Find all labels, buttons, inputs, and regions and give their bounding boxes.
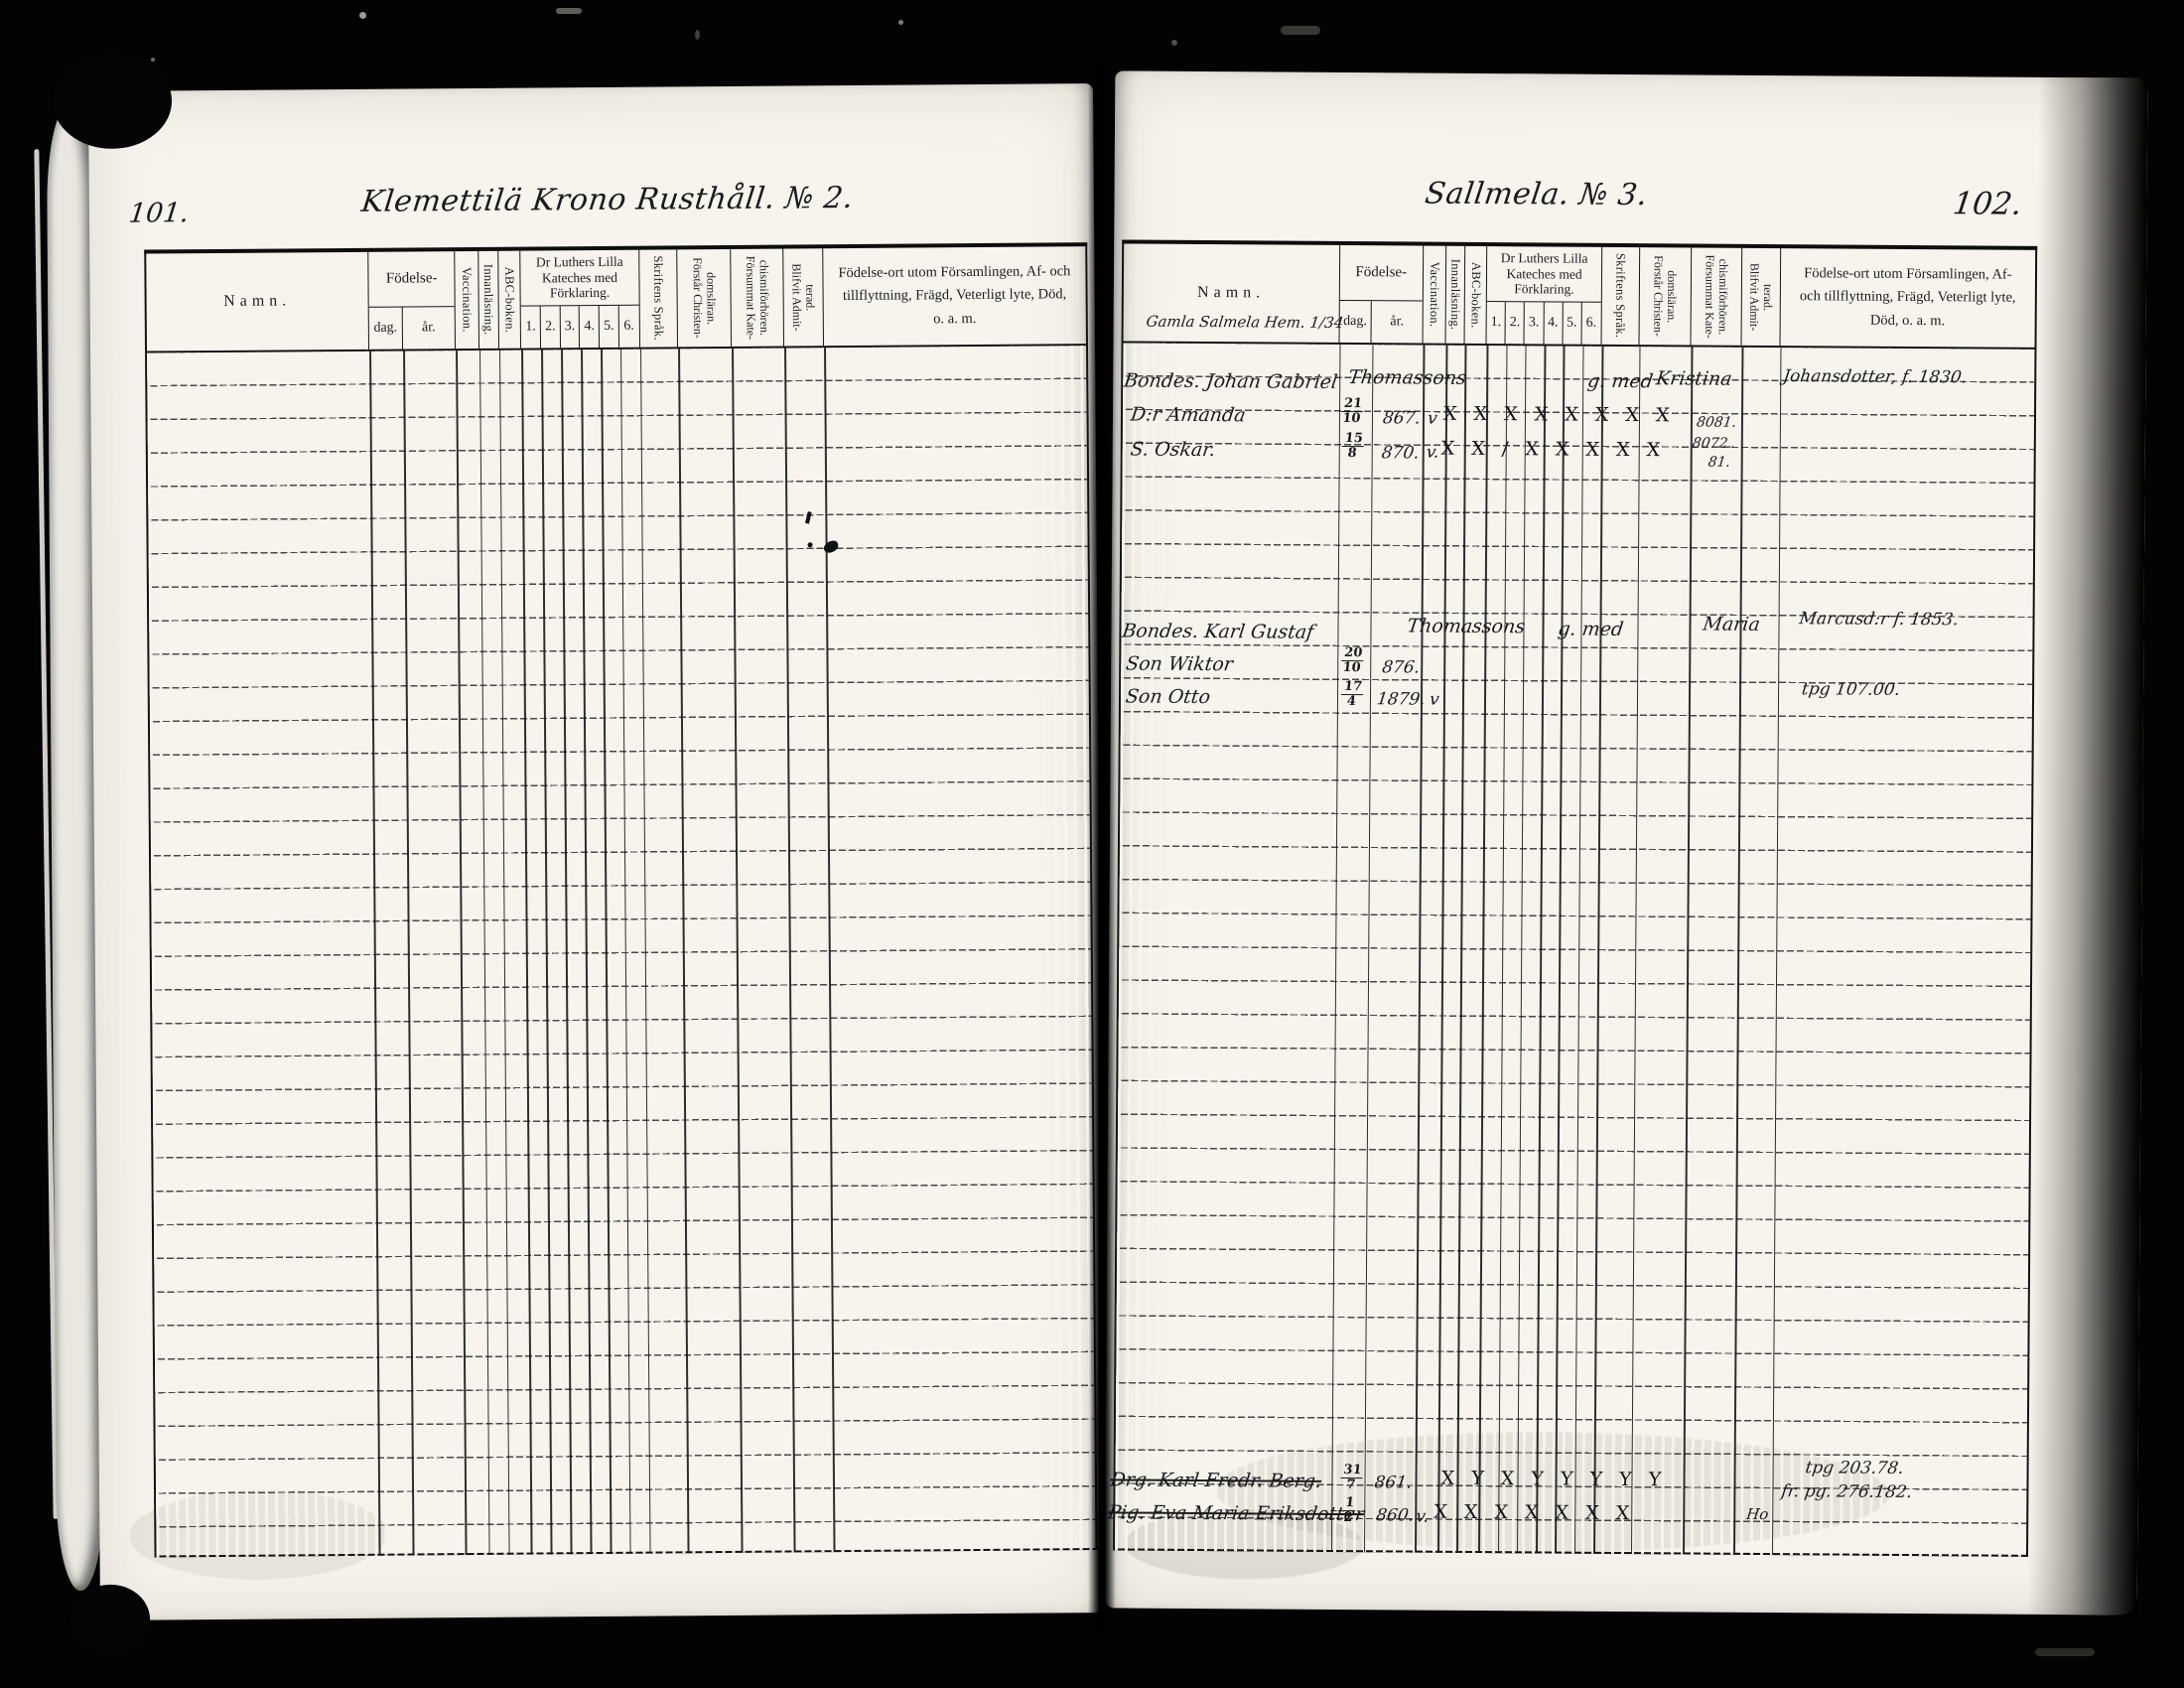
column-header-birth: Födelse- dag. år. xyxy=(368,251,456,350)
column-header-missed-examinations: Försummat Kate-chismiförhören. xyxy=(1691,247,1742,345)
spouse-name: Kristina xyxy=(1655,367,1733,390)
scan-speck xyxy=(1171,40,1177,46)
member-name: D:r Amanda xyxy=(1130,404,1247,427)
family-head-name: Bondes. Karl Gustaf xyxy=(1121,620,1315,642)
column-header-reading: Innanläsning. xyxy=(478,251,499,349)
column-header-scripture-language: Skriftens Språk. xyxy=(639,249,679,347)
column-header-understands-christianity: Förstår Christen-domsläran. xyxy=(1639,247,1692,345)
member-name: Drg. Karl Fredr. Berg. xyxy=(1109,1469,1322,1491)
column-header-vaccination: Vaccination. xyxy=(455,251,478,349)
member-name: Pig. Eva Maria Eriksdotter xyxy=(1107,1501,1366,1525)
scan-speck xyxy=(898,20,903,25)
page-title: Sallmela. № 3. xyxy=(1315,176,1757,213)
column-header-admitted: Blifvit Admit-terad. xyxy=(1742,248,1781,346)
scan-speck xyxy=(359,12,366,19)
column-header-abc-book: ABC-boken. xyxy=(498,251,521,349)
vaccination-mark: v. xyxy=(1425,443,1440,463)
table-header: Namn. Födelse- dag. år. Vaccination. Inn… xyxy=(146,246,1086,352)
page-number: 102. xyxy=(1951,186,2024,221)
scan-speck xyxy=(695,30,700,40)
vaccination-mark: v xyxy=(1427,409,1438,429)
member-name: Son Otto xyxy=(1125,685,1212,708)
spouse-name: Maria xyxy=(1702,614,1761,635)
member-name: Son Wiktor xyxy=(1125,652,1235,675)
page-number: 101. xyxy=(127,198,191,229)
scan-smudge xyxy=(1281,26,1320,35)
missed-column-number: 8081. xyxy=(1696,414,1737,430)
birth-date: 317 xyxy=(1339,1464,1364,1492)
birth-year: 870. xyxy=(1380,443,1420,463)
column-header-vaccination: Vaccination. xyxy=(1424,246,1447,344)
table-header: Namn. Födelse- dag. år. Vaccination. Inn… xyxy=(1124,243,2036,349)
catechism-marks: X Y X Y Y Y Y Y xyxy=(1440,1468,1669,1491)
catechism-marks: X X X X X X X X xyxy=(1442,403,1677,427)
patronymic: Thomassons xyxy=(1406,615,1526,637)
table-body xyxy=(1115,343,2034,1556)
scan-speck xyxy=(556,8,582,14)
birth-year: 860. xyxy=(1375,1505,1415,1525)
birth-date: 2110 xyxy=(1339,397,1364,426)
relation-note: g. med xyxy=(1586,370,1655,392)
right-page: Sallmela. № 3. 102. Namn. Födelse- dag. … xyxy=(1105,70,2148,1615)
column-header-birth-year: år. xyxy=(1372,301,1423,343)
catechism-marks: X X / X X X X X xyxy=(1440,438,1668,462)
column-header-birth-day: dag. xyxy=(369,307,403,349)
birth-date: 2010 xyxy=(1340,646,1365,675)
relation-note: g. med xyxy=(1557,619,1625,640)
ink-blot xyxy=(808,542,813,547)
column-header-scripture-language: Skriftens Språk. xyxy=(1601,247,1639,345)
member-name: S. Oskar. xyxy=(1129,439,1216,462)
column-header-catechism: Dr Luthers Lilla Kateches med Förklaring… xyxy=(1487,246,1602,345)
family-head-name: Bondes. Johan Gabriel xyxy=(1123,369,1339,392)
holding-note: Gamla Salmela Hem. 1/34 xyxy=(1145,313,1344,332)
table-body xyxy=(147,346,1095,1557)
vaccination-mark: v xyxy=(1429,690,1440,710)
birth-year: 867. xyxy=(1382,408,1422,428)
page-corner-shadow xyxy=(70,1585,151,1655)
transfer-note: tpg 107.00. xyxy=(1801,679,1901,700)
left-page: 101. Klemettilä Krono Rusthåll. № 2. Nam… xyxy=(88,83,1105,1620)
column-header-birth: Födelse- dag. år. xyxy=(1339,245,1424,344)
scanned-book-spread: 101. Klemettilä Krono Rusthåll. № 2. Nam… xyxy=(0,0,2184,1688)
missed-column-number: 81. xyxy=(1707,455,1731,471)
column-header-notes: Födelse-ort utom Församlingen, Af- och t… xyxy=(823,246,1086,346)
column-header-catechism: Dr Luthers Lilla Kateches med Förklaring… xyxy=(521,250,640,349)
transfer-note: fr. pg. 276.182. xyxy=(1780,1481,1913,1502)
page-corner-shadow xyxy=(53,53,173,149)
vaccination-mark: v. xyxy=(1415,1507,1431,1527)
scan-smudge xyxy=(2035,1648,2095,1656)
birth-date: 174 xyxy=(1339,680,1364,709)
birth-date: 158 xyxy=(1340,432,1365,461)
column-header-notes: Födelse-ort utom Församlingen, Af- och t… xyxy=(1780,248,2035,348)
page-title: Klemettilä Krono Rusthåll. № 2. xyxy=(338,181,878,219)
column-header-abc-book: ABC-boken. xyxy=(1465,246,1488,344)
transfer-note: tpg 203.78. xyxy=(1804,1458,1904,1478)
catechism-marks: X X X X X X X xyxy=(1433,1501,1637,1524)
parish-register-table: Namn. Födelse- dag. år. Vaccination. Inn… xyxy=(144,242,1097,1557)
column-header-admitted: Blifvit Admit-terad. xyxy=(784,248,824,346)
parish-register-table: Namn. Födelse- dag. år. Vaccination. Inn… xyxy=(1113,239,2037,1556)
birth-year: 1879. xyxy=(1376,689,1427,709)
patronymic: Thomassons xyxy=(1347,366,1467,389)
column-header-birth-day: dag. xyxy=(1339,301,1372,343)
birth-year: 876. xyxy=(1381,657,1421,677)
column-header-name: Namn. xyxy=(146,252,369,352)
admitted-note: Ho xyxy=(1745,1505,1769,1523)
column-header-understands-christianity: Förstår Christen-domsläran. xyxy=(678,249,733,347)
birth-year: 861. xyxy=(1373,1473,1413,1492)
page-edge-shade xyxy=(2028,77,2148,1616)
spouse-note: Marcusd:r f. 1853. xyxy=(1798,609,1960,630)
column-header-reading: Innanläsning. xyxy=(1445,246,1465,344)
scan-speck xyxy=(151,58,155,62)
column-header-missed-examinations: Försummat Kate-chismiförhören. xyxy=(732,249,785,347)
spouse-note: Johansdotter, f. 1830. xyxy=(1782,366,1968,387)
missed-column-number: 8072. xyxy=(1692,435,1733,451)
gutter-shadow xyxy=(1088,66,1116,1634)
column-header-birth-year: år. xyxy=(402,307,455,350)
